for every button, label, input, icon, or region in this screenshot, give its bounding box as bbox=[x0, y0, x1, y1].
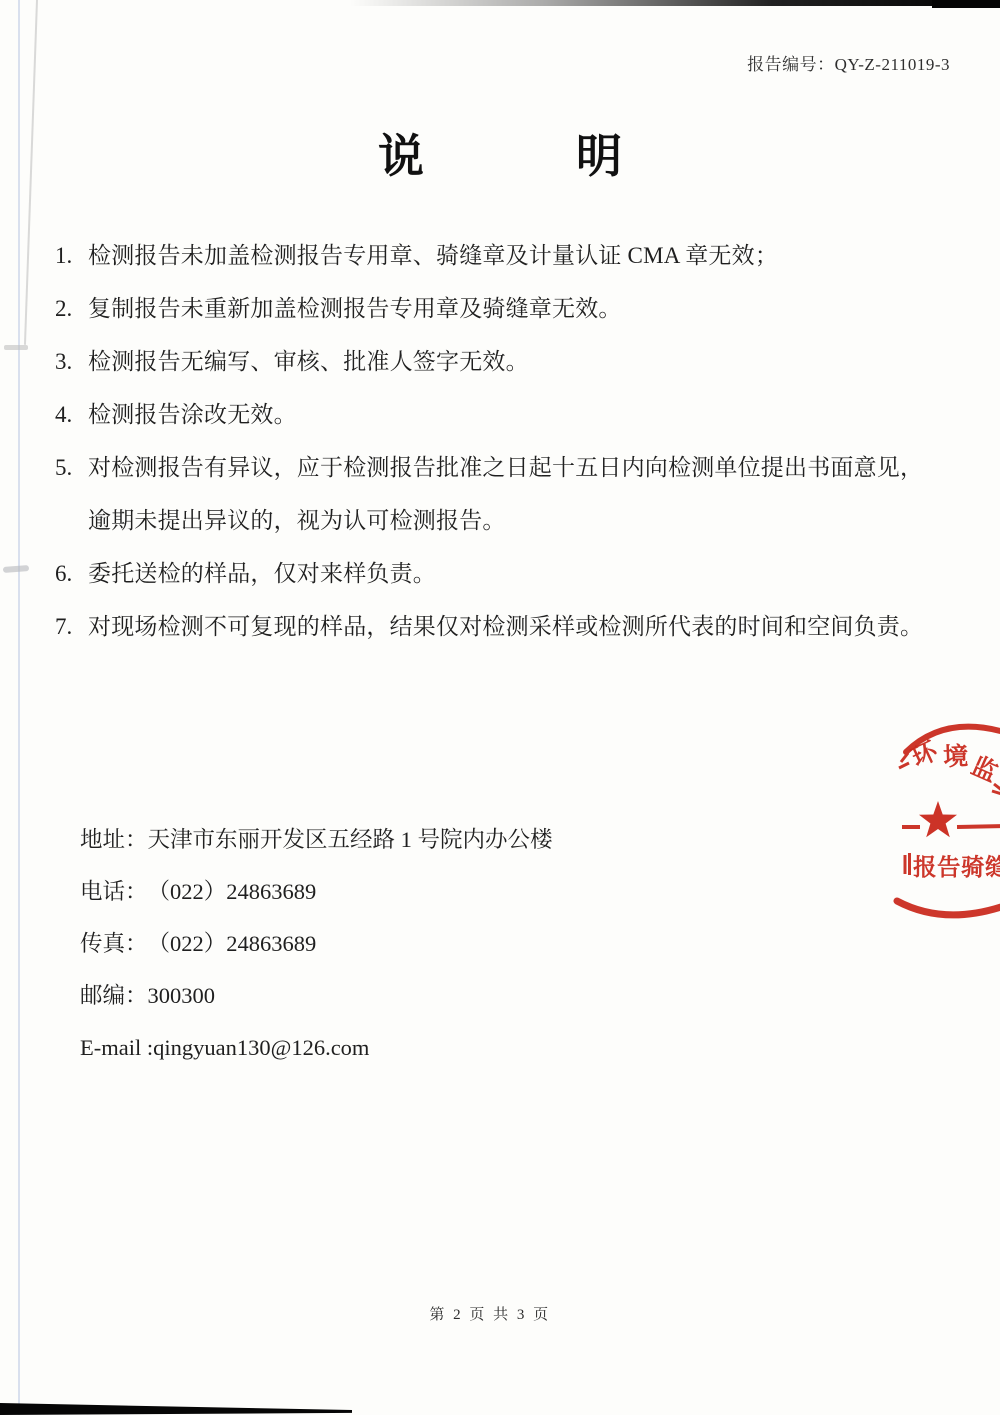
note-item: 4. 检测报告涂改无效。 bbox=[55, 388, 933, 441]
note-number: 2. bbox=[55, 282, 88, 335]
contact-label: 邮编： bbox=[80, 970, 148, 1022]
note-text: 复制报告未重新加盖检测报告专用章及骑缝章无效。 bbox=[88, 282, 930, 335]
note-item: 1. 检测报告未加盖检测报告专用章、骑缝章及计量认证 CMA 章无效； bbox=[55, 229, 933, 282]
notes-list: 1. 检测报告未加盖检测报告专用章、骑缝章及计量认证 CMA 章无效； 2. 复… bbox=[55, 229, 933, 653]
contact-value: 天津市东丽开发区五经路 1 号院内办公楼 bbox=[148, 814, 553, 866]
contact-block: 地址： 天津市东丽开发区五经路 1 号院内办公楼 电话： （022）248636… bbox=[80, 814, 553, 1074]
note-item: 7. 对现场检测不可复现的样品，结果仅对检测采样或检测所代表的时间和空间负责。 bbox=[55, 600, 933, 653]
contact-value: （022）24863689 bbox=[148, 918, 317, 970]
page-title: 说 明 bbox=[378, 120, 622, 186]
seal-bottom-text: 报告骑缝章 bbox=[913, 853, 1000, 881]
contact-row-fax: 传真： （022）24863689 bbox=[80, 918, 553, 970]
contact-row-email: E-mail : qingyuan130@126.com bbox=[80, 1022, 553, 1074]
note-text: 委托送检的样品，仅对来样负责。 bbox=[88, 547, 930, 600]
note-number: 5. bbox=[55, 441, 88, 547]
contact-row-address: 地址： 天津市东丽开发区五经路 1 号院内办公楼 bbox=[80, 814, 553, 866]
contact-label: 传真： bbox=[80, 918, 148, 970]
seal-arc-char: 监 bbox=[967, 752, 1000, 788]
note-text: 对现场检测不可复现的样品，结果仅对检测采样或检测所代表的时间和空间负责。 bbox=[88, 600, 930, 653]
contact-row-zip: 邮编： 300300 bbox=[80, 970, 553, 1022]
seal-arc-char: 环 bbox=[907, 736, 942, 772]
note-item: 3. 检测报告无编写、审核、批准人签字无效。 bbox=[55, 335, 933, 388]
seal-partial-strokes-left bbox=[899, 753, 909, 768]
note-item: 2. 复制报告未重新加盖检测报告专用章及骑缝章无效。 bbox=[55, 282, 933, 335]
scan-edge-line bbox=[18, 0, 20, 1415]
title-char: 明 bbox=[576, 120, 622, 186]
contact-value: 300300 bbox=[148, 970, 216, 1022]
contact-value: （022）24863689 bbox=[148, 866, 317, 918]
seal-bottom-arc bbox=[897, 901, 1000, 915]
seal-line-right-of-star bbox=[957, 826, 1000, 827]
title-char: 说 bbox=[378, 120, 424, 186]
contact-row-phone: 电话： （022）24863689 bbox=[80, 866, 553, 918]
note-number: 7. bbox=[55, 600, 88, 653]
scan-dark-wedge-bottom bbox=[0, 1402, 352, 1415]
note-item: 6. 委托送检的样品，仅对来样负责。 bbox=[55, 547, 933, 600]
red-paging-seal-stamp: 环 境 监 报告骑缝章 bbox=[880, 700, 1000, 940]
seal-arc-char: 境 bbox=[943, 742, 969, 772]
scan-dark-strip-top bbox=[350, 0, 1000, 6]
scan-smudge bbox=[4, 345, 28, 350]
contact-value: qingyuan130@126.com bbox=[153, 1022, 369, 1074]
contact-label: E-mail : bbox=[80, 1022, 153, 1074]
scan-dark-corner bbox=[932, 0, 1000, 8]
note-number: 3. bbox=[55, 335, 88, 388]
seal-partial-strokes-right bbox=[992, 784, 1000, 794]
note-text: 检测报告无编写、审核、批准人签字无效。 bbox=[88, 335, 930, 388]
note-item: 5. 对检测报告有异议，应于检测报告批准之日起十五日内向检测单位提出书面意见，逾… bbox=[55, 441, 933, 547]
note-text: 对检测报告有异议，应于检测报告批准之日起十五日内向检测单位提出书面意见，逾期未提… bbox=[88, 441, 930, 547]
note-number: 4. bbox=[55, 388, 88, 441]
scan-smudge bbox=[3, 565, 29, 573]
note-text: 检测报告涂改无效。 bbox=[88, 388, 930, 441]
seal-partial-char-strokes bbox=[905, 853, 910, 875]
note-number: 1. bbox=[55, 229, 88, 282]
page-footer: 第 2 页 共 3 页 bbox=[0, 1303, 980, 1324]
scan-fold-line bbox=[24, 0, 38, 345]
seal-top-arc bbox=[906, 727, 1000, 752]
note-text: 检测报告未加盖检测报告专用章、骑缝章及计量认证 CMA 章无效； bbox=[88, 229, 930, 282]
note-number: 6. bbox=[55, 547, 88, 600]
star-icon bbox=[919, 801, 957, 837]
contact-label: 地址： bbox=[80, 814, 148, 866]
report-number: 报告编号：QY-Z-211019-3 bbox=[700, 50, 950, 75]
contact-label: 电话： bbox=[80, 866, 148, 918]
